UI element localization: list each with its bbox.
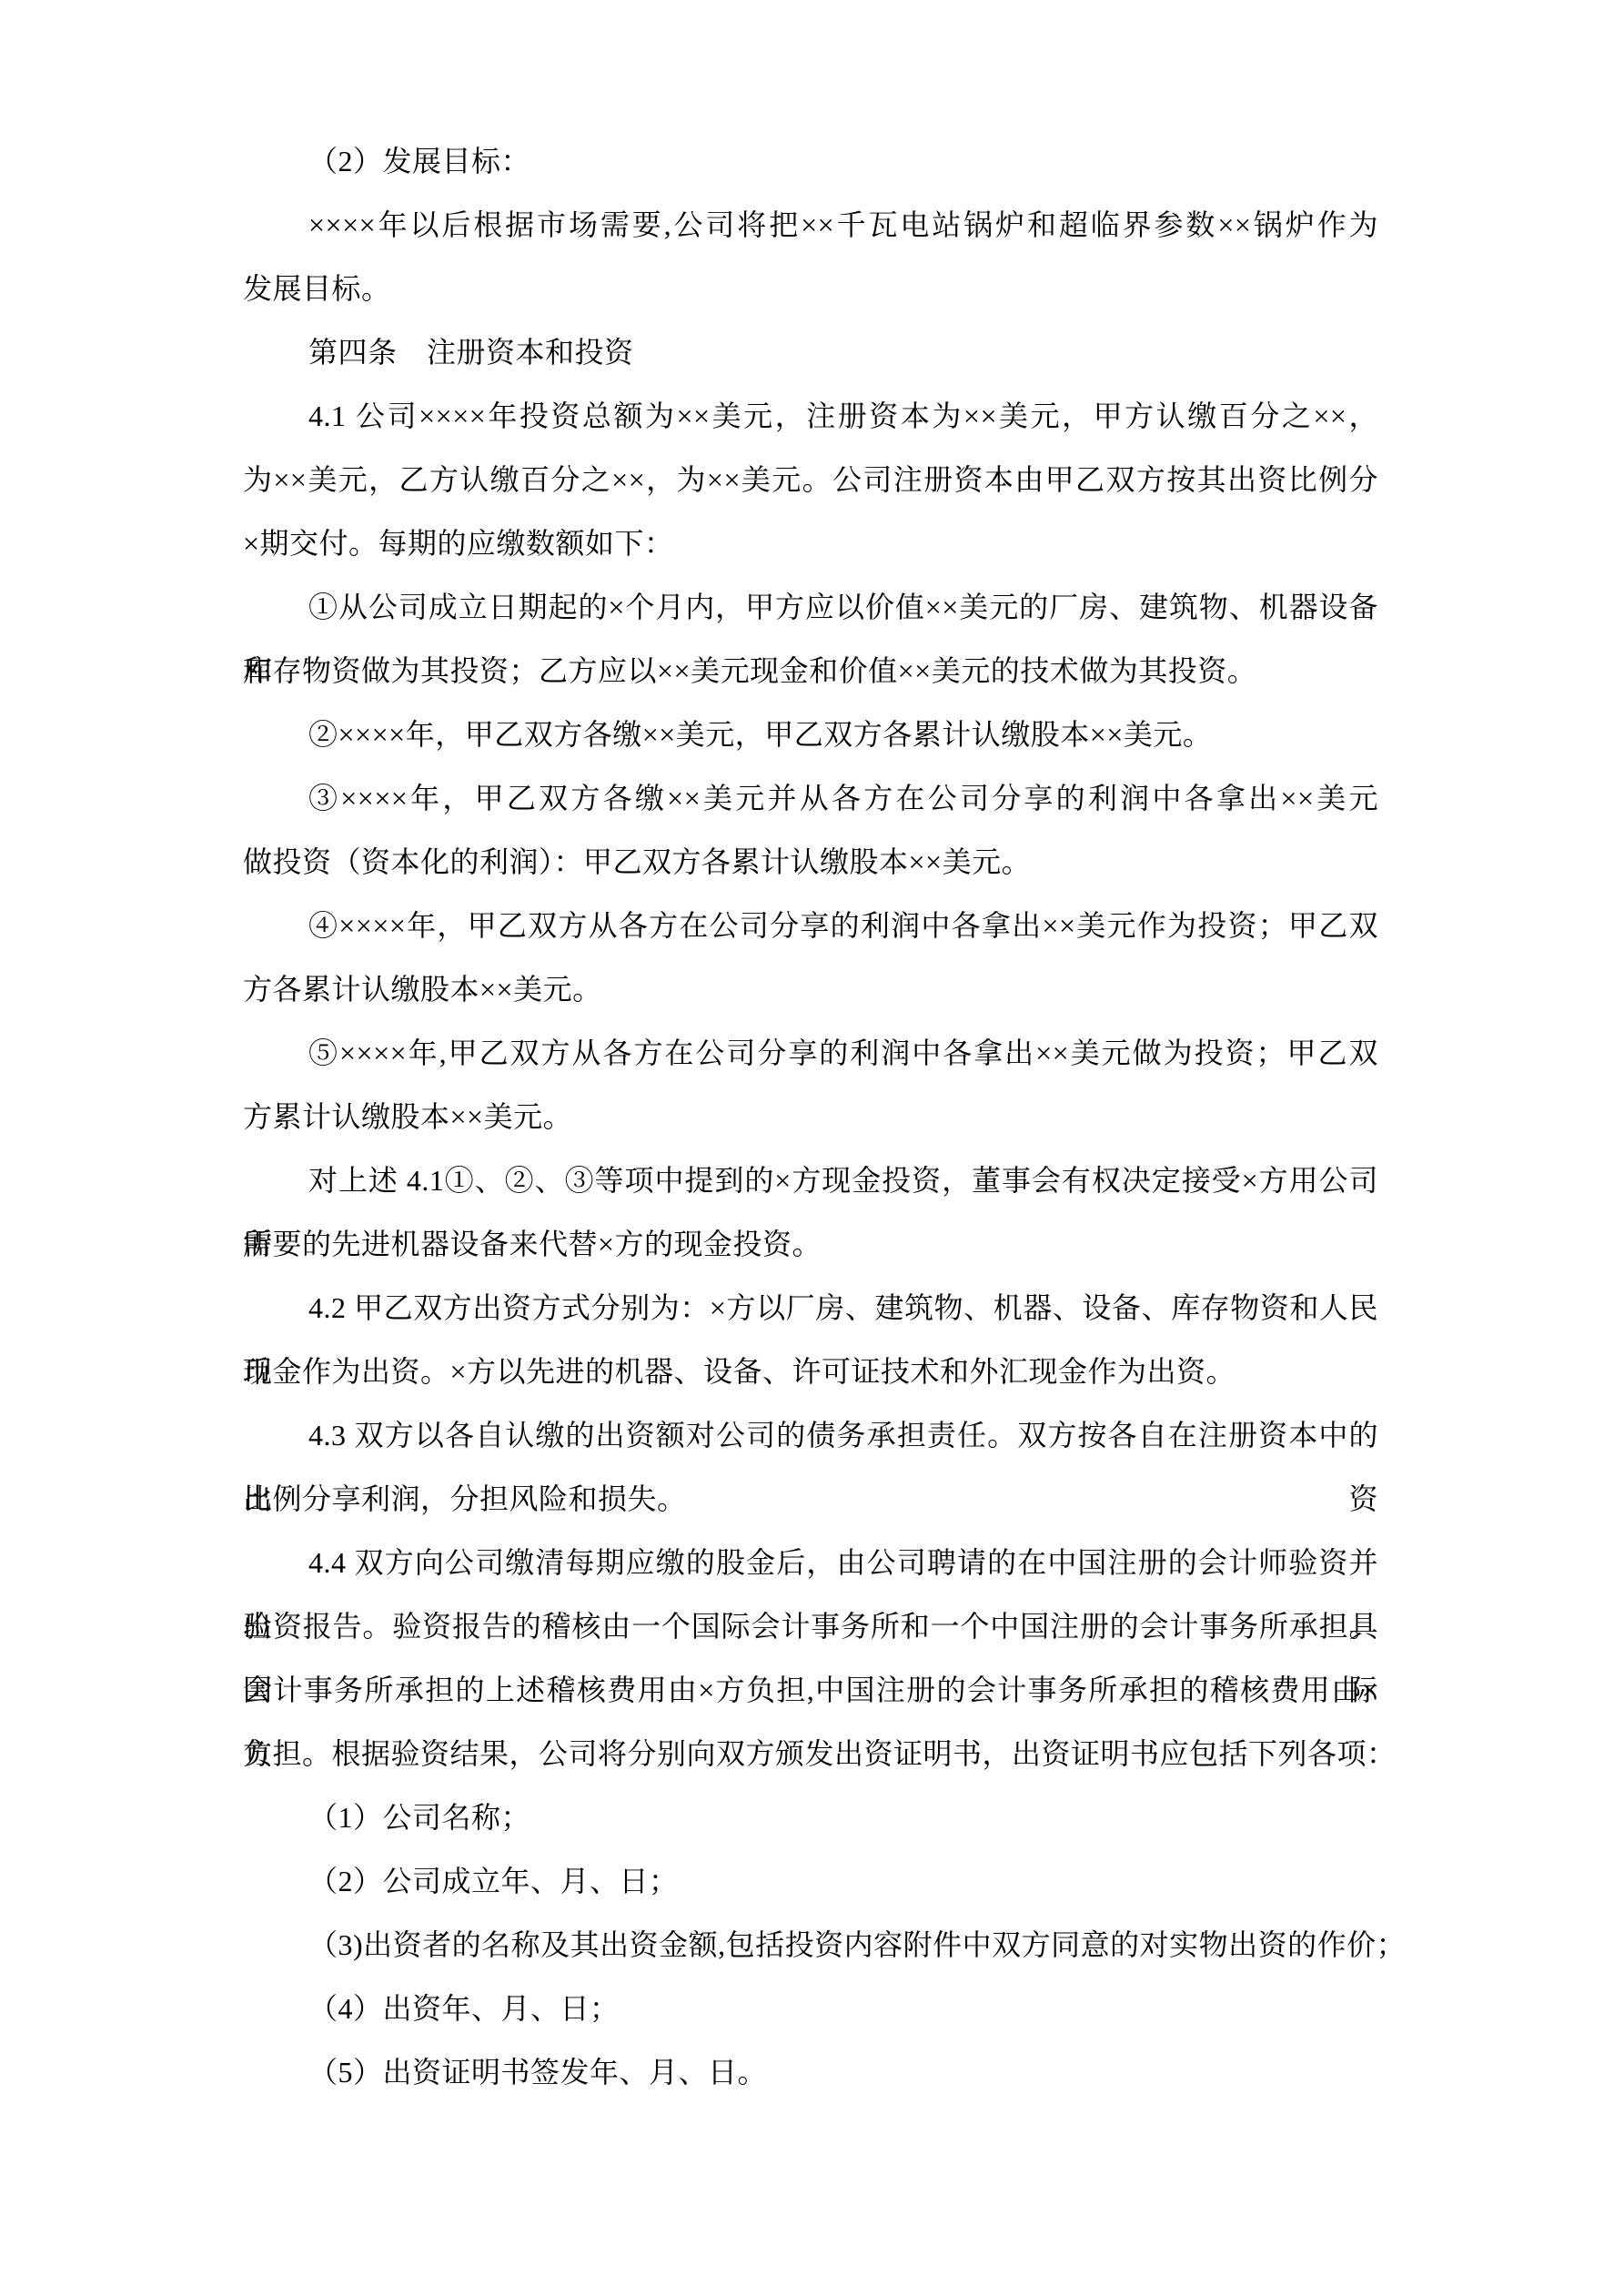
text-line: （1）公司名称； xyxy=(243,1785,1378,1849)
text-line: 第四条 注册资本和投资 xyxy=(243,320,1378,384)
text-line: 库存物资做为其投资；乙方应以××美元现金和价值××美元的技术做为其投资。 xyxy=(243,639,1378,703)
text-line: 方累计认缴股本××美元。 xyxy=(243,1085,1378,1148)
text-line: ×期交付。每期的应缴数额如下： xyxy=(243,511,1378,575)
text-line: （2）公司成立年、月、日； xyxy=(243,1849,1378,1913)
text-line: 4.3 双方以各自认缴的出资额对公司的债务承担责任。双方按各自在注册资本中的出资 xyxy=(243,1403,1378,1467)
text-line: ⑤××××年,甲乙双方从各方在公司分享的利润中各拿出××美元做为投资；甲乙双 xyxy=(243,1021,1378,1085)
text-line: （5）出资证明书签发年、月、日。 xyxy=(243,2040,1378,2104)
text-line: ②××××年，甲乙双方各缴××美元，甲乙双方各累计认缴股本××美元。 xyxy=(243,703,1378,766)
text-line: ③××××年，甲乙双方各缴××美元并从各方在公司分享的利润中各拿出××美元 xyxy=(243,766,1378,830)
text-line: 4.2 甲乙双方出资方式分别为：×方以厂房、建筑物、机器、设备、库存物资和人民币 xyxy=(243,1276,1378,1340)
text-line: 会计事务所承担的上述稽核费用由×方负担,中国注册的会计事务所承担的稽核费用由×方 xyxy=(243,1658,1378,1722)
text-line: ①从公司成立日期起的×个月内，甲方应以价值××美元的厂房、建筑物、机器设备和 xyxy=(243,575,1378,639)
text-line: 做投资（资本化的利润）：甲乙双方各累计认缴股本××美元。 xyxy=(243,830,1378,894)
text-line: 发展目标。 xyxy=(243,257,1378,320)
text-line: 4.4 双方向公司缴清每期应缴的股金后，由公司聘请的在中国注册的会计师验资并出具 xyxy=(243,1531,1378,1594)
document-page: （2）发展目标：××××年以后根据市场需要,公司将把××千瓦电站锅炉和超临界参数… xyxy=(0,0,1624,2296)
text-line: 现金作为出资。×方以先进的机器、设备、许可证技术和外汇现金作为出资。 xyxy=(243,1340,1378,1403)
text-line: （2）发展目标： xyxy=(243,129,1378,193)
text-line: 需要的先进机器设备来代替×方的现金投资。 xyxy=(243,1212,1378,1276)
document-body: （2）发展目标：××××年以后根据市场需要,公司将把××千瓦电站锅炉和超临界参数… xyxy=(243,129,1378,2104)
text-line: ××××年以后根据市场需要,公司将把××千瓦电站锅炉和超临界参数××锅炉作为 xyxy=(243,193,1378,257)
text-line: 对上述 4.1①、②、③等项中提到的×方现金投资，董事会有权决定接受×方用公司所 xyxy=(243,1148,1378,1212)
text-line: （3)出资者的名称及其出资金额,包括投资内容附件中双方同意的对实物出资的作价； xyxy=(243,1913,1378,1977)
text-line: 验资报告。验资报告的稽核由一个国际会计事务所和一个中国注册的会计事务所承担。国际 xyxy=(243,1594,1378,1658)
text-line: ④××××年，甲乙双方从各方在公司分享的利润中各拿出××美元作为投资；甲乙双 xyxy=(243,894,1378,957)
text-line: 负担。根据验资结果，公司将分别向双方颁发出资证明书，出资证明书应包括下列各项： xyxy=(243,1722,1378,1785)
text-line: 方各累计认缴股本××美元。 xyxy=(243,957,1378,1021)
text-line: （4）出资年、月、日； xyxy=(243,1977,1378,2040)
text-line: 为××美元，乙方认缴百分之××，为××美元。公司注册资本由甲乙双方按其出资比例分 xyxy=(243,448,1378,511)
text-line: 4.1 公司××××年投资总额为××美元，注册资本为××美元，甲方认缴百分之××… xyxy=(243,384,1378,448)
